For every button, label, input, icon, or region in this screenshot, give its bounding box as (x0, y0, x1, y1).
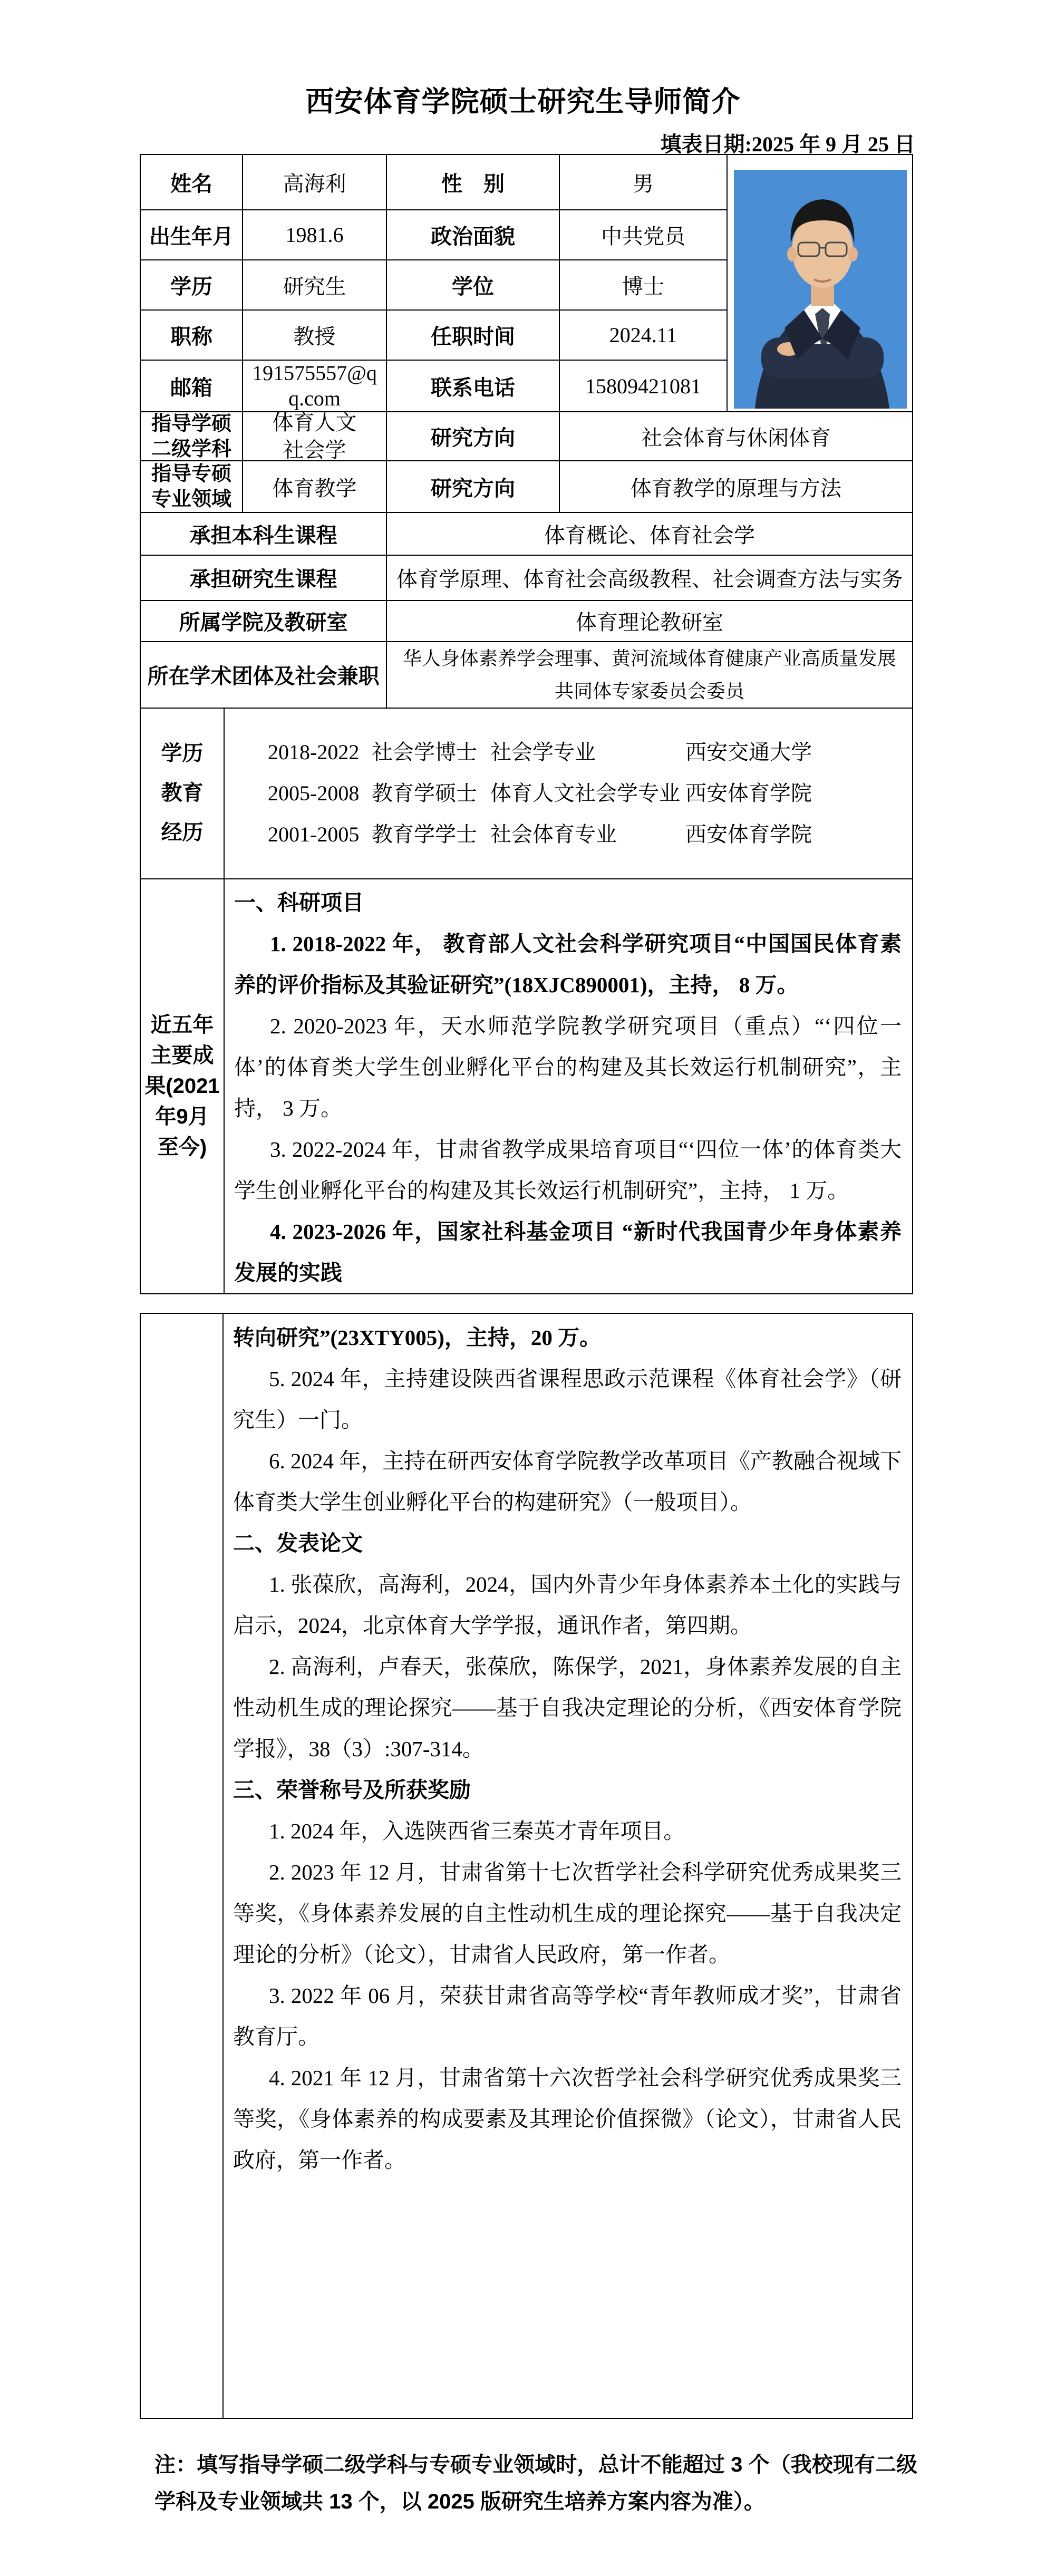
appointment-time-label: 任职时间 (386, 311, 559, 360)
department-value: 体育理论教研室 (386, 601, 912, 641)
award-item: 2. 2023 年 12 月，甘肃省第十七次哲学社会科学研究优秀成果奖三等奖，《… (233, 1852, 902, 1975)
political-status-value: 中共党员 (559, 210, 727, 259)
graduate-courses-value: 体育学原理、体育社会高级教程、社会调查方法与实务 (386, 556, 912, 600)
profile-table-page1: 姓名 高海利 性 别 男 出生年月 1981.6 政治面貌 中共党员 学历 研究… (140, 154, 913, 1294)
degree-label: 学位 (386, 260, 559, 309)
edu-school: 西安交通大学 (685, 732, 912, 773)
achievements-content-page2: 转向研究”(23XTY005)，主持，20 万。 5. 2024 年，主持建设陕… (224, 1314, 912, 2418)
name-value: 高海利 (242, 155, 386, 209)
birth-label: 出生年月 (141, 210, 242, 259)
table-row: 学历 研究生 学位 博士 (141, 259, 727, 309)
award-item: 1. 2024 年，入选陕西省三秦英才青年项目。 (233, 1810, 902, 1852)
birth-value: 1981.6 (242, 210, 386, 259)
research-direction-label-1: 研究方向 (386, 412, 559, 460)
research-project-item: 5. 2024 年，主持建设陕西省课程思政示范课程《体育社会学》（研究生）一门。 (233, 1358, 902, 1440)
education-entry: 2001-2005 教育学学士 社会体育专业 西安体育学院 (268, 814, 912, 855)
professional-master-field-label: 指导专硕 专业领域 (141, 461, 242, 512)
achievements-content-page1: 一、科研项目 1. 2018-2022 年， 教育部人文社会科学研究项目“中国国… (224, 879, 912, 1293)
research-project-item: 4. 2023-2026 年，国家社科基金项目 “新时代我国青少年身体素养发展的… (234, 1211, 902, 1293)
research-direction-value-2: 体育教学的原理与方法 (559, 461, 912, 512)
research-project-item: 6. 2024 年，主持在研西安体育学院教学改革项目《产教融合视域下体育类大学生… (233, 1440, 902, 1523)
form-title: 西安体育学院硕士研究生导师简介 (0, 79, 1046, 120)
research-direction-label-2: 研究方向 (386, 461, 559, 512)
academic-master-row: 指导学硕 二级学科 体育人文 社会学 研究方向 社会体育与休闲体育 (141, 411, 912, 460)
table-row: 职称 教授 任职时间 2024.11 (141, 309, 727, 360)
education-history-content: 2018-2022 社会学博士 社会学专业 西安交通大学 2005-2008 教… (224, 709, 912, 878)
edu-degree: 社会学博士 (372, 732, 490, 773)
section-heading-awards: 三、荣誉称号及所获奖励 (233, 1769, 902, 1810)
academic-societies-row: 所在学术团体及社会兼职 华人身体素养学会理事、黄河流域体育健康产业高质量发展共同… (141, 641, 912, 708)
edu-major: 社会体育专业 (490, 814, 685, 855)
edu-major: 体育人文社会学专业 (490, 773, 685, 814)
fill-date: 填表日期:2025 年 9 月 25 日 (661, 128, 915, 158)
edu-years: 2005-2008 (268, 773, 372, 814)
name-label: 姓名 (141, 155, 242, 209)
department-label: 所属学院及教研室 (141, 601, 386, 641)
edu-school: 西安体育学院 (685, 814, 912, 855)
undergrad-courses-label: 承担本科生课程 (141, 513, 386, 555)
academic-master-discipline-value: 体育人文 社会学 (242, 412, 386, 460)
award-item: 3. 2022 年 06 月，荣获甘肃省高等学校“青年教师成才奖”，甘肃省教育厅… (233, 1975, 902, 2057)
academic-master-discipline-label: 指导学硕 二级学科 (141, 412, 242, 460)
research-direction-value-1: 社会体育与休闲体育 (559, 412, 912, 460)
education-history-label: 学历 教育 经历 (141, 709, 224, 878)
edu-school: 西安体育学院 (685, 773, 912, 814)
degree-value: 博士 (559, 260, 727, 309)
education-level-label: 学历 (141, 260, 242, 309)
table-row: 邮箱 191575557@qq.com 联系电话 15809421081 (141, 360, 727, 411)
professional-master-row: 指导专硕 专业领域 体育教学 研究方向 体育教学的原理与方法 (141, 460, 912, 512)
email-value: 191575557@qq.com (242, 361, 386, 411)
gender-value: 男 (559, 155, 727, 209)
academic-societies-label: 所在学术团体及社会兼职 (141, 642, 386, 708)
research-project-item: 2. 2020-2023 年，天水师范学院教学研究项目（重点）“‘四位一体’的体… (234, 1005, 902, 1129)
research-project-item-continued: 转向研究”(23XTY005)，主持，20 万。 (233, 1317, 902, 1358)
edu-major: 社会学专业 (490, 732, 685, 773)
achievements-label-continued (141, 1314, 224, 2418)
gender-label: 性 别 (386, 155, 559, 209)
undergrad-courses-row: 承担本科生课程 体育概论、体育社会学 (141, 512, 912, 555)
phone-label: 联系电话 (386, 361, 559, 411)
professional-master-field-value: 体育教学 (242, 461, 386, 512)
research-project-item: 1. 2018-2022 年， 教育部人文社会科学研究项目“中国国民体育素养的评… (234, 923, 902, 1005)
graduate-courses-label: 承担研究生课程 (141, 556, 386, 600)
department-row: 所属学院及教研室 体育理论教研室 (141, 600, 912, 641)
title-rank-label: 职称 (141, 311, 242, 360)
table-row: 姓名 高海利 性 别 男 (141, 155, 727, 209)
appointment-time-value: 2024.11 (559, 311, 727, 360)
edu-years: 2018-2022 (268, 732, 372, 773)
education-entry: 2018-2022 社会学博士 社会学专业 西安交通大学 (268, 732, 912, 773)
edu-years: 2001-2005 (268, 814, 372, 855)
edu-degree: 教育学硕士 (372, 773, 490, 814)
award-item: 4. 2021 年 12 月，甘肃省第十六次哲学社会科学研究优秀成果奖三等奖，《… (233, 2057, 902, 2181)
education-level-value: 研究生 (242, 260, 386, 309)
title-rank-value: 教授 (242, 311, 386, 360)
portrait-photo (734, 170, 907, 409)
paper-item: 1. 张葆欣，高海利，2024，国内外青少年身体素养本土化的实践与启示，2024… (233, 1564, 902, 1646)
edu-degree: 教育学学士 (372, 814, 490, 855)
footnote: 注：填写指导学硕二级学科与专硕专业领域时，总计不能超过 3 个（我校现有二级学科… (154, 2446, 917, 2520)
achievements-row: 近五年 主要成 果(2021 年9月 至今) 一、科研项目 1. 2018-20… (141, 878, 912, 1293)
political-status-label: 政治面貌 (386, 210, 559, 259)
academic-societies-value: 华人身体素养学会理事、黄河流域体育健康产业高质量发展共同体专家委员会委员 (386, 642, 912, 708)
email-label: 邮箱 (141, 361, 242, 411)
section-heading-research: 一、科研项目 (234, 882, 902, 923)
profile-table-page2: 转向研究”(23XTY005)，主持，20 万。 5. 2024 年，主持建设陕… (140, 1313, 913, 2419)
achievements-label: 近五年 主要成 果(2021 年9月 至今) (141, 879, 224, 1293)
education-entry: 2005-2008 教育学硕士 体育人文社会学专业 西安体育学院 (268, 773, 912, 814)
document-page: { "header": { "title": "西安体育学院硕士研究生导师简介"… (0, 0, 1046, 2576)
research-project-item: 3. 2022-2024 年，甘肃省教学成果培育项目“‘四位一体’的体育类大学生… (234, 1129, 902, 1211)
section-heading-papers: 二、发表论文 (233, 1523, 902, 1564)
phone-value: 15809421081 (559, 361, 727, 411)
photo-cell (727, 155, 912, 411)
graduate-courses-row: 承担研究生课程 体育学原理、体育社会高级教程、社会调查方法与实务 (141, 555, 912, 600)
undergrad-courses-value: 体育概论、体育社会学 (386, 513, 912, 555)
table-row: 出生年月 1981.6 政治面貌 中共党员 (141, 209, 727, 259)
basic-info-section: 姓名 高海利 性 别 男 出生年月 1981.6 政治面貌 中共党员 学历 研究… (141, 155, 912, 411)
education-history-row: 学历 教育 经历 2018-2022 社会学博士 社会学专业 西安交通大学 20… (141, 708, 912, 878)
paper-item: 2. 高海利，卢春天，张葆欣，陈保学，2021，身体素养发展的自主性动机生成的理… (233, 1646, 902, 1769)
